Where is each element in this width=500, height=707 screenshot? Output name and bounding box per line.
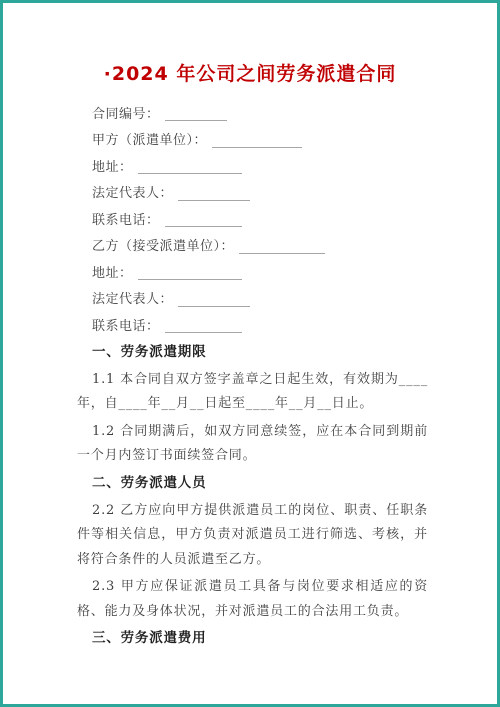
form-field-blank-line (165, 213, 242, 227)
form-field-row: 法定代表人： (92, 285, 497, 312)
contract-paragraph: 2.2 乙方应向甲方提供派遣员工的岗位、职责、任职条件等相关信息，甲方负责对派遣… (77, 499, 428, 573)
form-field-label: 联系电话： (92, 209, 160, 228)
form-field-blank-line (239, 240, 325, 254)
document-title: ·2024 年公司之间劳务派遣合同 (3, 61, 497, 87)
form-field-blank-line (138, 160, 242, 174)
form-field-label: 乙方（接受派遣单位）： (92, 235, 234, 254)
contract-header-form: 合同编号： 甲方（派遣单位）： 地址： 法定代表人： 联系电话： 乙方（接受派遣… (92, 99, 497, 338)
form-field-label: 甲方（派遣单位）： (92, 129, 207, 148)
section-heading: 三、劳务派遣费用 (77, 629, 428, 648)
form-field-row: 法定代表人： (92, 179, 497, 206)
form-field-label: 法定代表人： (92, 182, 173, 201)
form-field-row: 合同编号： (92, 99, 497, 126)
contract-paragraph: 1.2 合同期满后，如双方同意续签，应在本合同到期前一个月内签订书面续签合同。 (77, 420, 428, 469)
form-field-label: 地址： (92, 262, 133, 281)
form-field-row: 联系电话： (92, 311, 497, 338)
form-field-row: 联系电话： (92, 205, 497, 232)
form-field-row: 地址： (92, 258, 497, 285)
section-heading: 一、劳务派遣期限 (77, 343, 428, 362)
form-field-blank-line (178, 293, 250, 307)
document-page: ·2024 年公司之间劳务派遣合同 合同编号： 甲方（派遣单位）： 地址： 法定… (0, 0, 500, 707)
form-field-label: 地址： (92, 156, 133, 175)
form-field-blank-line (165, 319, 242, 333)
form-field-blank-line (138, 266, 242, 280)
form-field-row: 地址： (92, 152, 497, 179)
section-heading: 二、劳务派遣人员 (77, 474, 428, 493)
form-field-blank-line (165, 107, 227, 121)
form-field-blank-line (212, 134, 302, 148)
form-field-row: 乙方（接受派遣单位）： (92, 232, 497, 259)
form-field-label: 联系电话： (92, 315, 160, 334)
contract-paragraph: 2.3 甲方应保证派遣员工具备与岗位要求相适应的资格、能力及身体状况，并对派遣员… (77, 575, 428, 624)
contract-body: 一、劳务派遣期限 1.1 本合同自双方签字盖章之日起生效，有效期为____年，自… (77, 343, 428, 649)
form-field-label: 合同编号： (92, 103, 160, 122)
form-field-blank-line (178, 187, 250, 201)
form-field-label: 法定代表人： (92, 288, 173, 307)
form-field-row: 甲方（派遣单位）： (92, 126, 497, 153)
contract-paragraph: 1.1 本合同自双方签字盖章之日起生效，有效期为____年，自____年__月_… (77, 368, 428, 417)
